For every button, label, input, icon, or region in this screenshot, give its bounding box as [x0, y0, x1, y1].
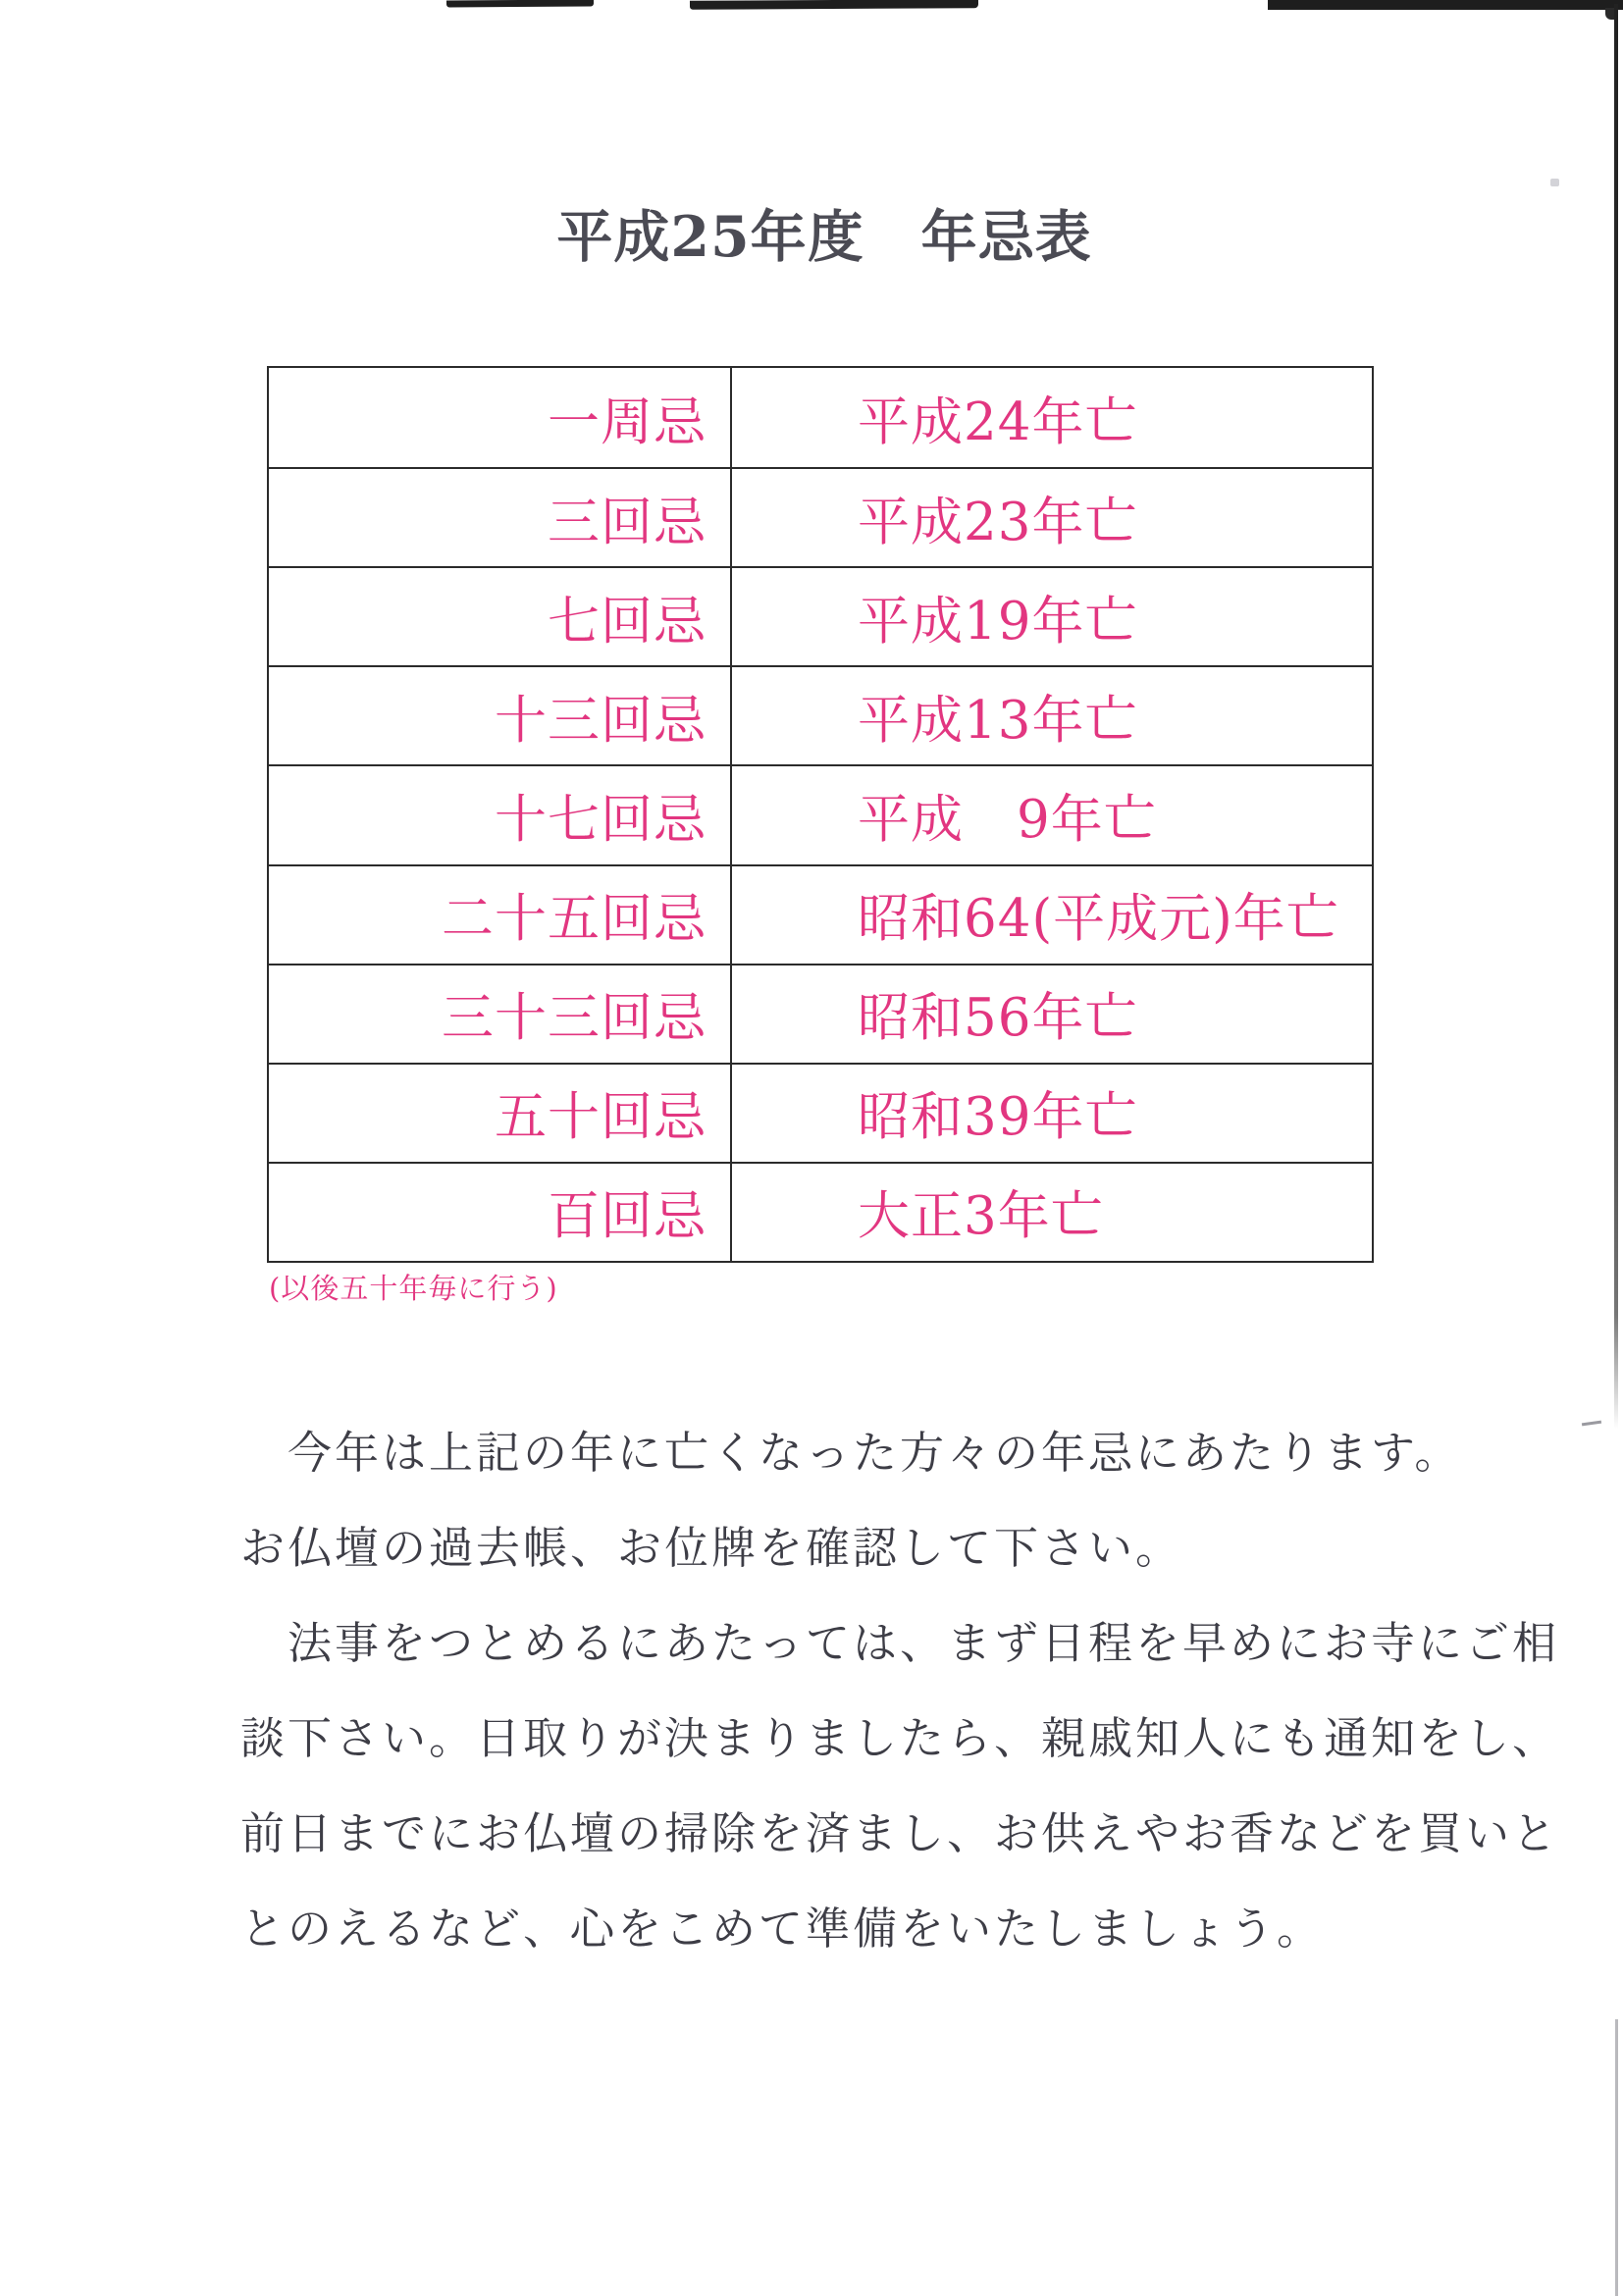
memorial-anniversary-name: 三十三回忌: [269, 965, 732, 1063]
table-row: 百回忌 大正3年亡: [269, 1162, 1372, 1261]
death-year-value: 平成19年亡: [732, 568, 1372, 665]
table-row: 十七回忌 平成 9年亡: [269, 764, 1372, 863]
scan-artifact-top-bar: [446, 0, 594, 8]
body-text-line: 法事をつとめるにあたっては、まず日程を早めにお寺にご相: [240, 1595, 1496, 1691]
scan-artifact-page-edge: [1615, 2019, 1618, 2296]
memorial-year-table: 一周忌 平成24年亡 三回忌 平成23年亡 七回忌 平成19年亡 十三回忌 平成…: [267, 366, 1374, 1263]
memorial-anniversary-name: 三回忌: [269, 469, 732, 566]
table-row: 七回忌 平成19年亡: [269, 566, 1372, 665]
body-text-line: 前日までにお仏壇の掃除を済まし、お供えやお香などを買いと: [240, 1786, 1496, 1881]
table-row: 五十回忌 昭和39年亡: [269, 1063, 1372, 1162]
death-year-value: 平成 9年亡: [732, 766, 1372, 863]
death-year-value: 昭和56年亡: [732, 965, 1372, 1063]
table-row: 十三回忌 平成13年亡: [269, 665, 1372, 764]
memorial-anniversary-name: 十三回忌: [269, 667, 732, 764]
table-footnote: (以後五十年毎に行う): [269, 1267, 558, 1307]
table-row: 三回忌 平成23年亡: [269, 467, 1372, 566]
body-text-line: 談下さい。日取りが決まりましたら、親戚知人にも通知をし、: [240, 1691, 1496, 1786]
death-year-value: 大正3年亡: [732, 1164, 1372, 1261]
memorial-anniversary-name: 一周忌: [269, 368, 732, 467]
table-row: 二十五回忌 昭和64(平成元)年亡: [269, 864, 1372, 964]
death-year-value: 平成24年亡: [732, 368, 1372, 467]
memorial-anniversary-name: 十七回忌: [269, 766, 732, 863]
memorial-anniversary-name: 百回忌: [269, 1164, 732, 1261]
body-text: 今年は上記の年に亡くなった方々の年忌にあたります。 お仏壇の過去帳、お位牌を確認…: [240, 1405, 1496, 1976]
scanned-document-page: 平成25年度 年忌表 一周忌 平成24年亡 三回忌 平成23年亡 七回忌 平成1…: [0, 0, 1623, 2296]
scan-artifact-speck: [1550, 179, 1559, 186]
death-year-value: 平成13年亡: [732, 667, 1372, 764]
body-text-line: 今年は上記の年に亡くなった方々の年忌にあたります。: [240, 1405, 1496, 1500]
body-text-line: とのえるなど、心をこめて準備をいたしましょう。: [240, 1881, 1496, 1976]
death-year-value: 平成23年亡: [732, 469, 1372, 566]
death-year-value: 昭和64(平成元)年亡: [732, 866, 1372, 964]
memorial-anniversary-name: 五十回忌: [269, 1065, 732, 1162]
death-year-value: 昭和39年亡: [732, 1065, 1372, 1162]
table-row: 三十三回忌 昭和56年亡: [269, 964, 1372, 1063]
scan-artifact-top-bar: [690, 0, 978, 10]
scan-artifact-mark: [1582, 1421, 1601, 1427]
body-text-line: お仏壇の過去帳、お位牌を確認して下さい。: [240, 1500, 1496, 1595]
memorial-anniversary-name: 二十五回忌: [269, 866, 732, 964]
memorial-anniversary-name: 七回忌: [269, 568, 732, 665]
table-row: 一周忌 平成24年亡: [269, 368, 1372, 467]
scan-artifact-top-bar: [1268, 0, 1623, 10]
page-title: 平成25年度 年忌表: [0, 192, 1623, 273]
